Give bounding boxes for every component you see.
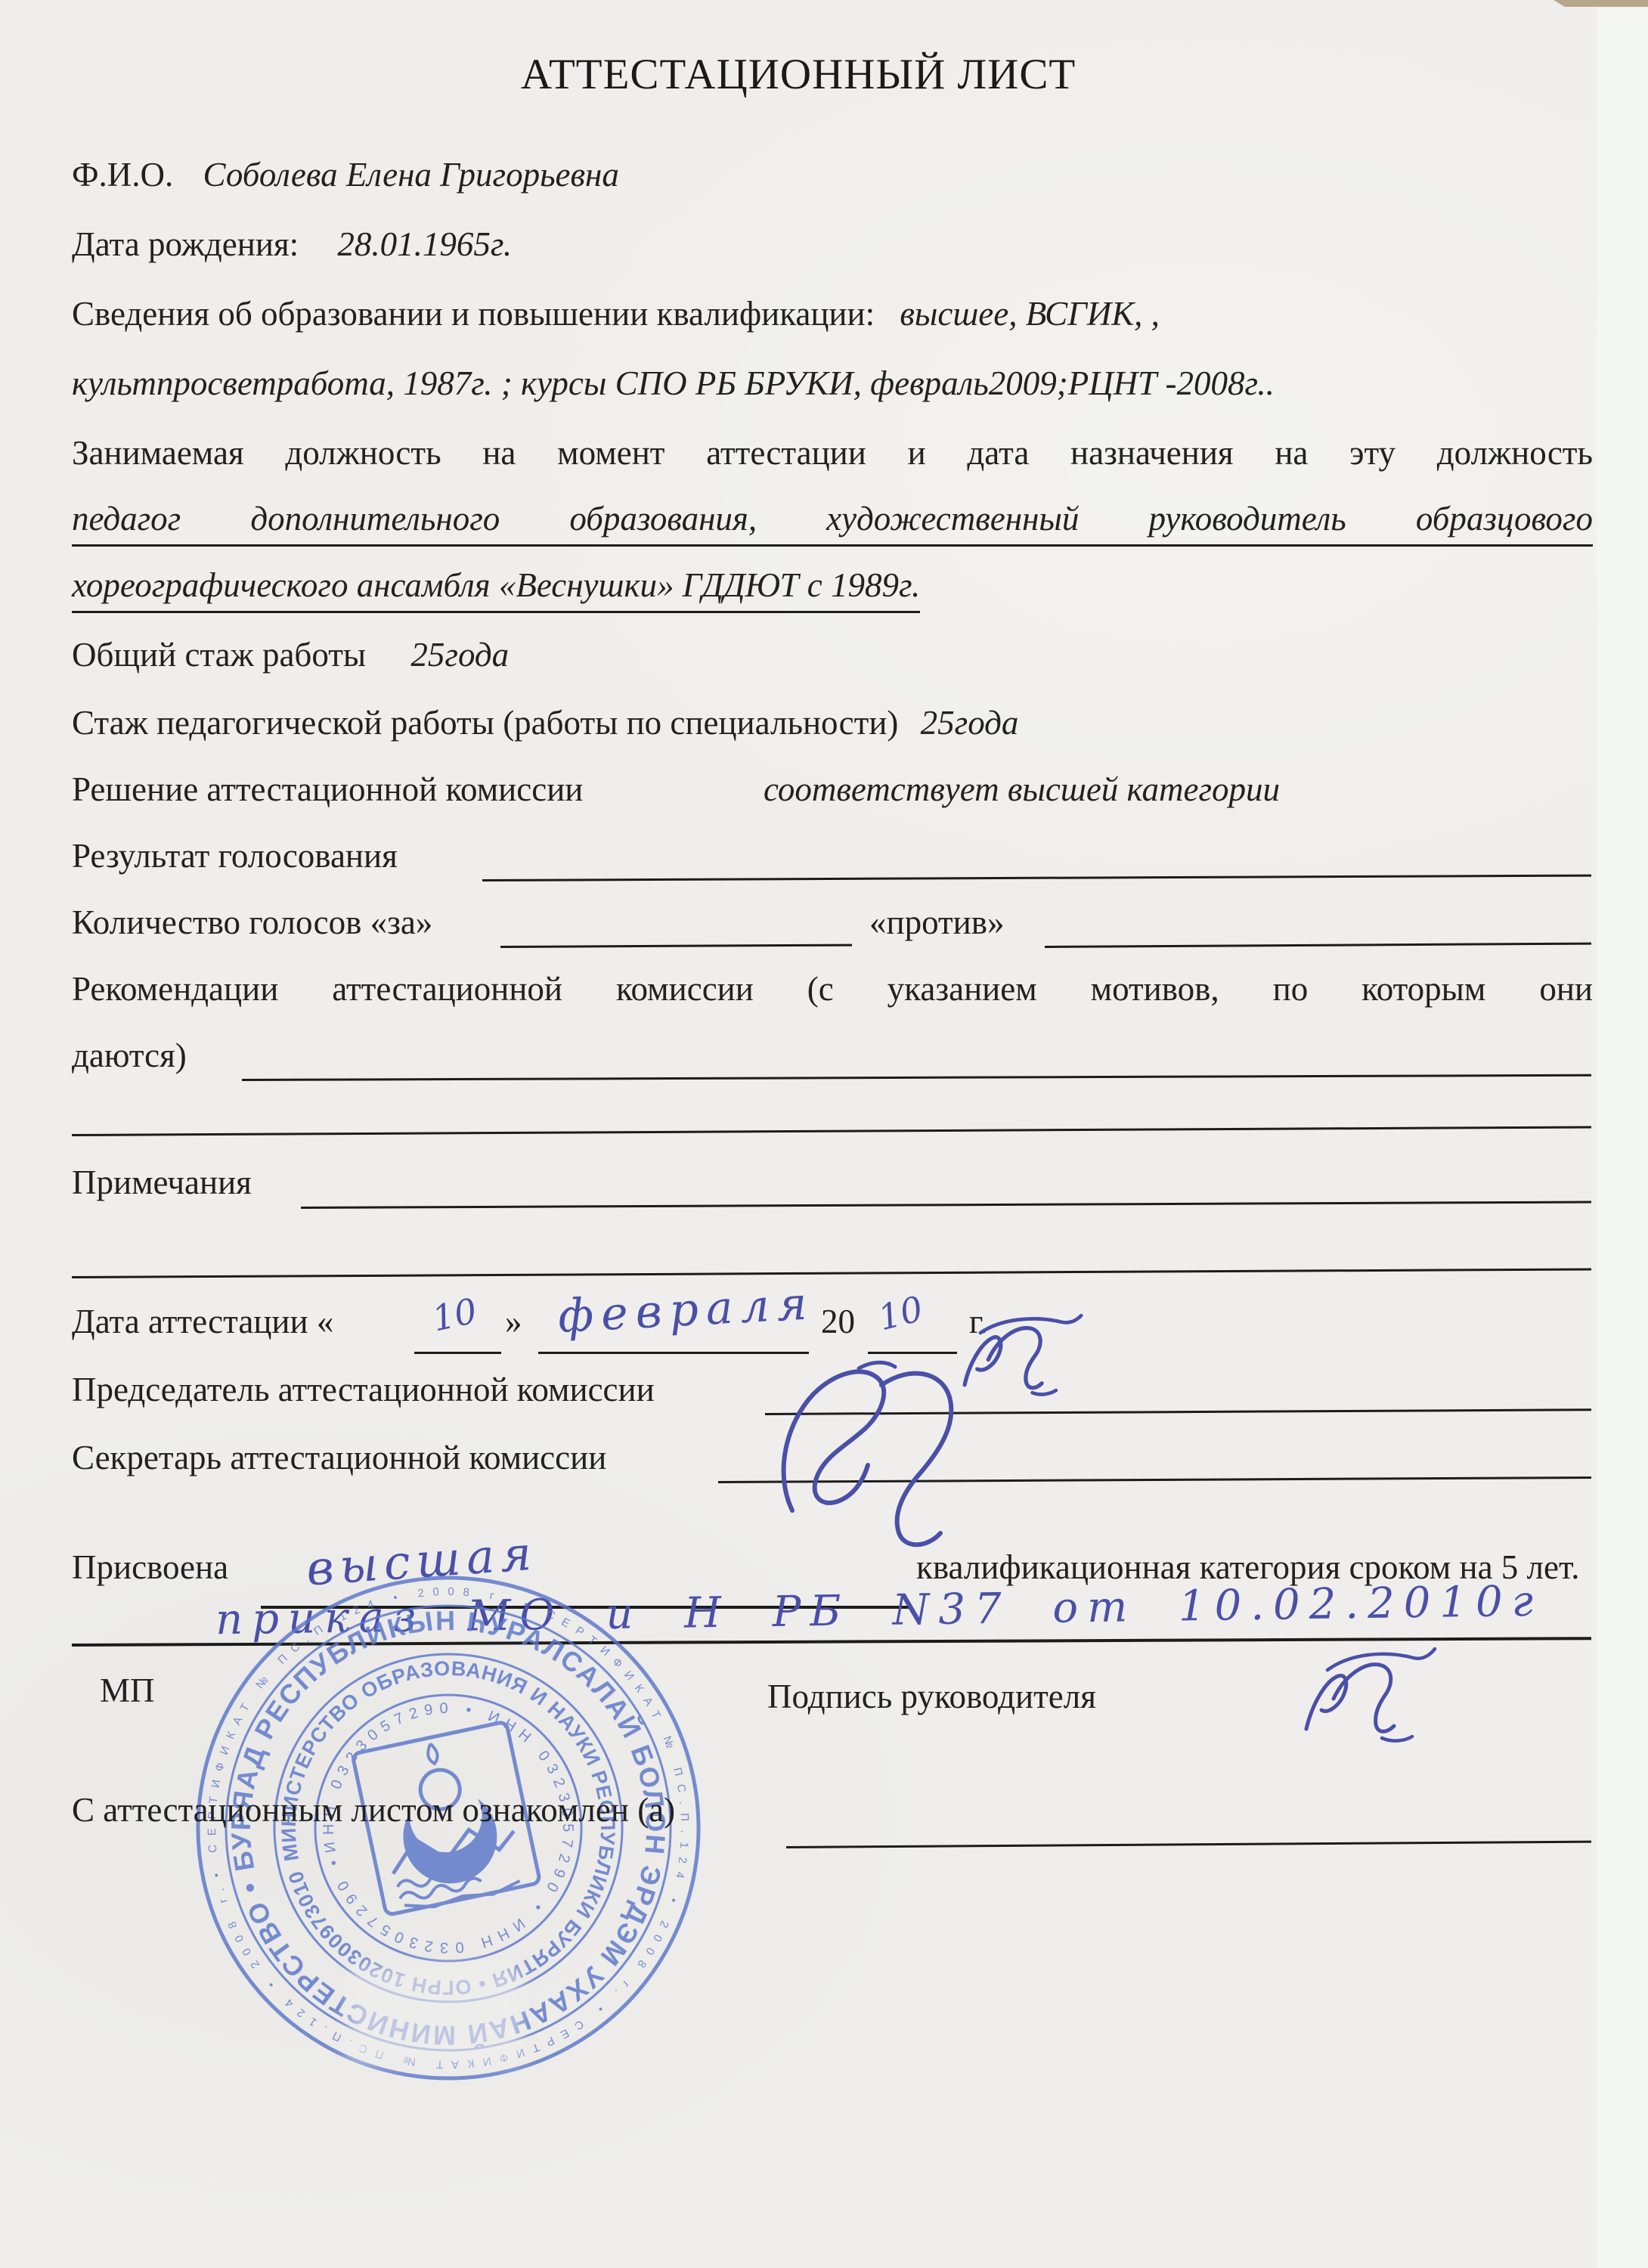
education-value: высшее, ВСГИК, ,: [900, 295, 1160, 333]
scanned-attestation-sheet: АТТЕСТАЦИОННЫЙ ЛИСТ Ф.И.О. Соболева Елен…: [0, 0, 1597, 2268]
ruled-line: [72, 1268, 1591, 1278]
position-value-line2: хореографического ансамбля «Веснушки» ГД…: [72, 565, 920, 613]
votes-for-label: Количество голосов «за»: [72, 903, 432, 942]
attestation-date-day-handwritten: 10: [429, 1290, 480, 1340]
birth-date-value: 28.01.1965г.: [337, 225, 512, 263]
fio-label: Ф.И.О.: [72, 156, 173, 194]
position-label: Занимаемая должность на момент аттестаци…: [72, 433, 1593, 472]
ruled-line: [482, 875, 1591, 881]
notes-label: Примечания: [72, 1163, 252, 1202]
attestation-date-month-handwritten: февраля: [556, 1277, 816, 1343]
scan-corner-artifact: [1554, 0, 1648, 7]
fio-value: Соболева Елена Григорьевна: [203, 156, 619, 194]
recommendations-line2: даются): [72, 1036, 187, 1075]
scanner-background: [1597, 0, 1648, 2268]
birth-date-label: Дата рождения:: [72, 225, 299, 263]
chairman-label: Председатель аттестационной комиссии: [72, 1370, 655, 1409]
emblem-flame-icon: [426, 1743, 438, 1765]
attestation-date-label: Дата аттестации «: [72, 1302, 333, 1341]
ruled-line: [242, 1074, 1591, 1081]
ruled-line: [1045, 943, 1591, 948]
fio-row: Ф.И.О. Соболева Елена Григорьевна: [72, 155, 619, 194]
decision-value: соответствует высшей категории: [764, 770, 1280, 809]
education-row-2: культпросветработа, 1987г. ; курсы СПО Р…: [72, 364, 1275, 403]
acknowledgment-label: С аттестационным листом ознакомлен (а): [72, 1790, 675, 1830]
ruled-line: [301, 1201, 1591, 1209]
votes-against-label: «против»: [869, 903, 1004, 942]
attestation-date-quote: »: [505, 1302, 522, 1341]
assigned-label: Присвоена: [72, 1548, 228, 1587]
ruled-line: [786, 1841, 1591, 1848]
position-value-line1: педагог дополнительного образования, худ…: [72, 499, 1593, 547]
decision-label: Решение аттестационной комиссии: [72, 770, 583, 809]
attestation-date-century: 20: [821, 1302, 855, 1341]
attestation-date-year-handwritten: 10: [874, 1288, 927, 1339]
ruled-line: [538, 1352, 809, 1354]
total-experience-label: Общий стаж работы: [72, 636, 366, 674]
head-signature: [1294, 1644, 1445, 1758]
vote-result-label: Результат голосования: [72, 836, 398, 875]
secretary-label: Секретарь аттестационной комиссии: [72, 1438, 606, 1477]
ruled-line: [414, 1352, 501, 1354]
secretary-signature: [770, 1359, 996, 1575]
total-experience-row: Общий стаж работы 25года: [72, 635, 509, 674]
head-signature-label: Подпись руководителя: [767, 1677, 1096, 1716]
education-row: Сведения об образовании и повышении квал…: [72, 294, 1160, 333]
page-title: АТТЕСТАЦИОННЫЙ ЛИСТ: [0, 50, 1597, 99]
pedagogical-experience-label: Стаж педагогической работы (работы по сп…: [72, 704, 898, 742]
total-experience-value: 25года: [410, 636, 509, 674]
pedagogical-experience-value: 25года: [921, 704, 1019, 742]
pedagogical-experience-row: Стаж педагогической работы (работы по сп…: [72, 703, 1018, 742]
stamp-fade-patch: [348, 1966, 522, 2064]
recommendations-line1: Рекомендации аттестационной комиссии (с …: [72, 969, 1593, 1009]
education-label: Сведения об образовании и повышении квал…: [72, 295, 875, 333]
ruled-line: [500, 944, 852, 948]
birth-date-row: Дата рождения: 28.01.1965г.: [72, 225, 512, 264]
ruled-line: [72, 1126, 1591, 1136]
